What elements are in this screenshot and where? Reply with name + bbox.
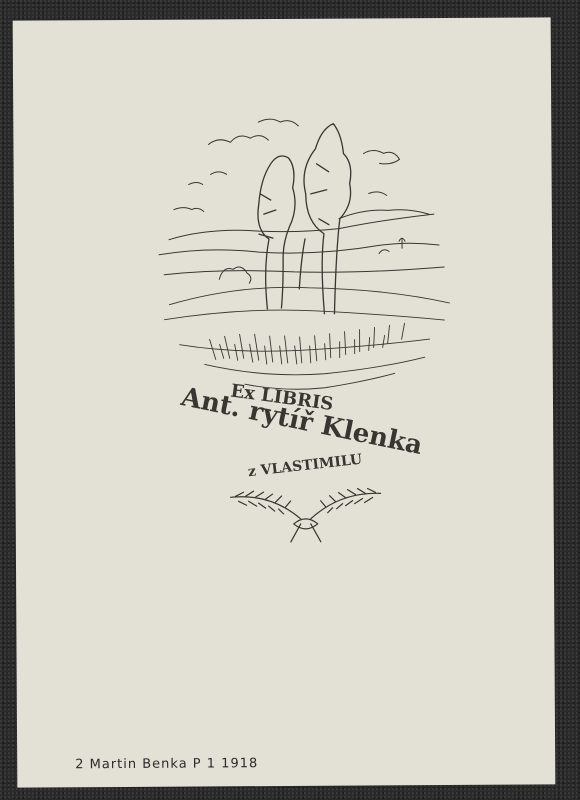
bushes-icon	[219, 238, 405, 283]
landscape-illustration: Ex LIBRIS Ant. rytíř Klenka z VLASTIMILU	[148, 103, 461, 555]
clouds-icon	[173, 118, 400, 211]
wheat-field-icon	[164, 286, 450, 390]
wheat-ears-ornament-icon	[231, 488, 381, 542]
print-caption: 2 Martin Benka P 1 1918	[75, 756, 258, 772]
poplar-tree-left-icon	[258, 156, 296, 309]
ex-libris-bookplate: Ex LIBRIS Ant. rytíř Klenka z VLASTIMILU	[148, 103, 461, 555]
poplar-tree-right-icon	[298, 124, 351, 314]
owner-origin: z VLASTIMILU	[247, 452, 363, 481]
paper-sheet: Ex LIBRIS Ant. rytíř Klenka z VLASTIMILU…	[13, 17, 556, 787]
